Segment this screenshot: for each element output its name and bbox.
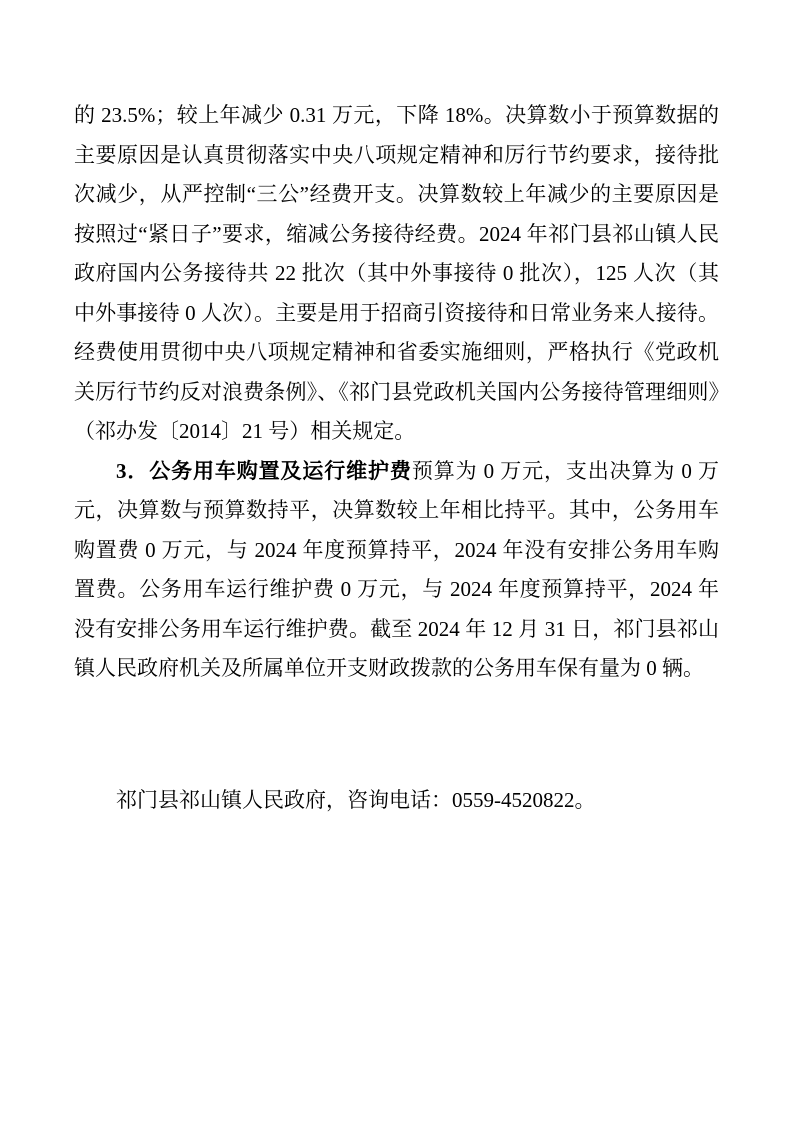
document-page: 的 23.5%；较上年减少 0.31 万元，下降 18%。决算数小于预算数据的主… xyxy=(0,0,794,1122)
paragraph-text: 的 23.5%；较上年减少 0.31 万元，下降 18%。决算数小于预算数据的主… xyxy=(74,103,719,443)
paragraph-vehicle-expenses: 3．公务用车购置及运行维护费预算为 0 万元，支出决算为 0 万元，决算数与预算… xyxy=(74,452,719,689)
contact-text: 祁门县祁山镇人民政府，咨询电话：0559-4520822。 xyxy=(116,788,596,812)
paragraph-bold-heading: 3．公务用车购置及运行维护费 xyxy=(116,459,412,483)
paragraph-text: 预算为 0 万元，支出决算为 0 万元，决算数与预算数持平，决算数较上年相比持平… xyxy=(74,459,719,681)
paragraph-contact-info: 祁门县祁山镇人民政府，咨询电话：0559-4520822。 xyxy=(74,781,719,821)
paragraph-official-reception: 的 23.5%；较上年减少 0.31 万元，下降 18%。决算数小于预算数据的主… xyxy=(74,96,719,452)
